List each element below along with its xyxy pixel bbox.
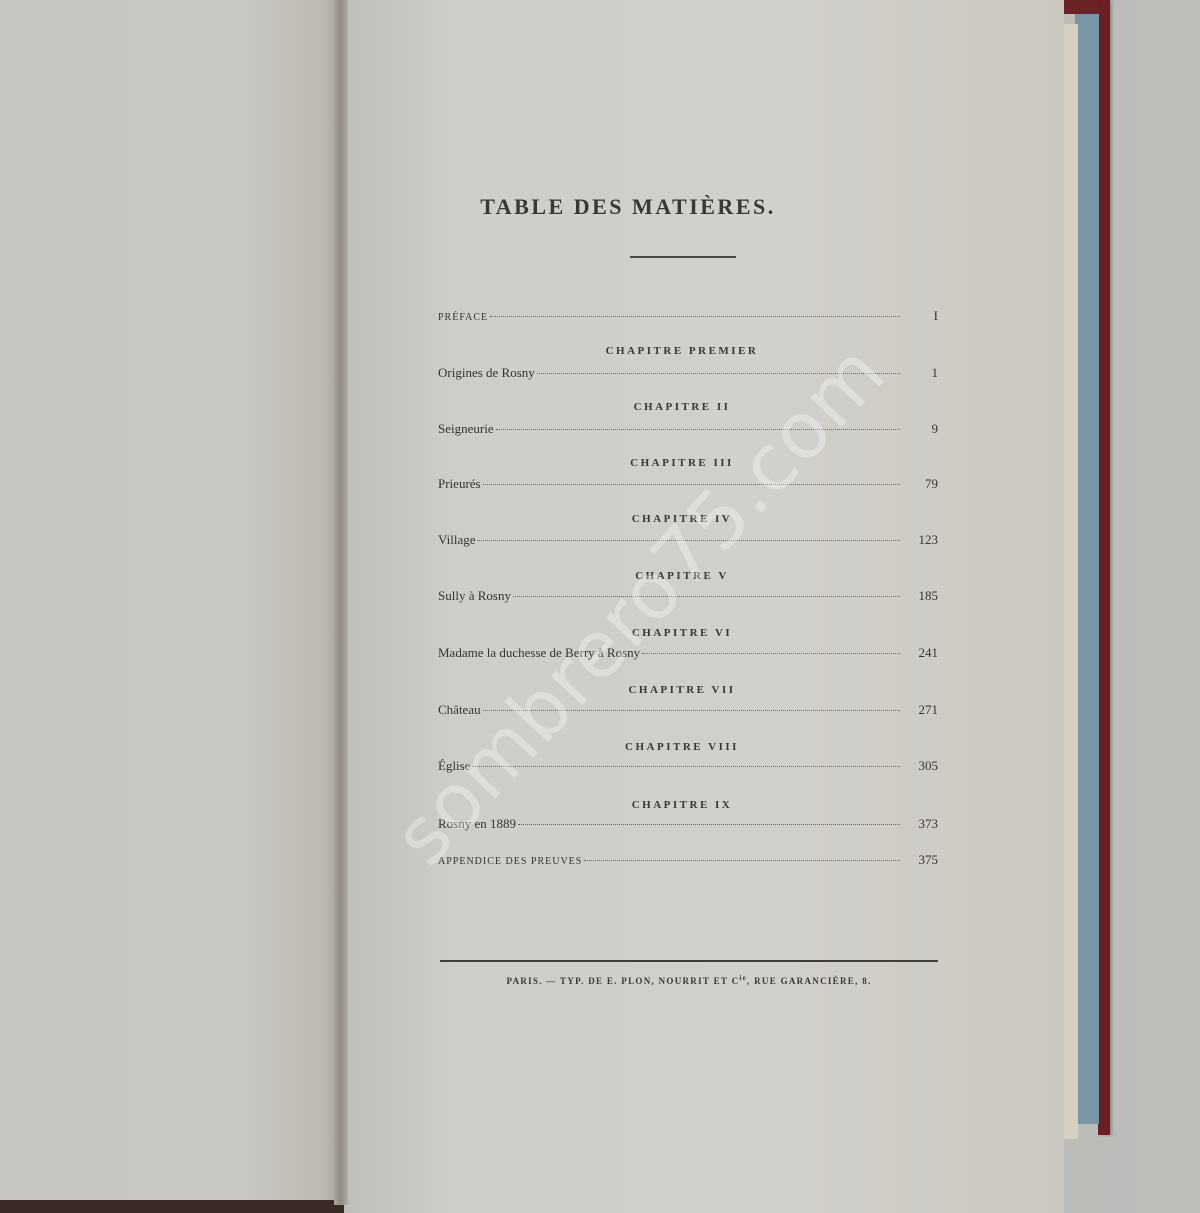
chapter-heading: CHAPITRE VIII bbox=[432, 741, 932, 753]
toc-entry: Sully à Rosny 185 bbox=[438, 588, 938, 608]
entry-label: Seigneurie bbox=[438, 421, 494, 437]
entry-page: 9 bbox=[914, 421, 938, 437]
chapter-heading: CHAPITRE III bbox=[432, 457, 932, 469]
chapter-heading: CHAPITRE VII bbox=[432, 684, 932, 696]
entry-page: 123 bbox=[914, 532, 938, 548]
chapter-heading: CHAPITRE VI bbox=[432, 627, 932, 639]
entry-page: 271 bbox=[914, 702, 938, 718]
dot-leader bbox=[537, 373, 900, 374]
colophon-sup: ie bbox=[739, 974, 747, 982]
page-title: TABLE DES MATIÈRES. bbox=[378, 194, 878, 220]
printer-colophon: Paris. — Typ. de E. Plon, Nourrit et Cie… bbox=[440, 974, 938, 986]
chapter-heading: CHAPITRE PREMIER bbox=[432, 345, 932, 357]
dot-leader bbox=[483, 484, 900, 485]
entry-page: 375 bbox=[914, 852, 938, 868]
dot-leader bbox=[642, 653, 900, 654]
entry-page: 373 bbox=[914, 816, 938, 832]
toc-entry: Village 123 bbox=[438, 532, 938, 552]
entry-label: Prieurés bbox=[438, 476, 481, 492]
toc-entry: Château 271 bbox=[438, 702, 938, 722]
dot-leader bbox=[584, 860, 900, 861]
entry-page: 241 bbox=[914, 645, 938, 661]
colophon-suffix: , rue Garancière, 8. bbox=[747, 976, 872, 986]
colophon-prefix: Paris. — Typ. de E. Plon, Nourrit et C bbox=[506, 976, 739, 986]
entry-label: Rosny en 1889 bbox=[438, 816, 516, 832]
toc-entry: Origines de Rosny 1 bbox=[438, 365, 938, 385]
entry-label: Village bbox=[438, 532, 475, 548]
chapter-heading: CHAPITRE IV bbox=[432, 513, 932, 525]
toc-entry: Prieurés 79 bbox=[438, 476, 938, 496]
left-page-blank bbox=[0, 0, 340, 1200]
entry-page: I bbox=[914, 308, 938, 324]
entry-label: Appendice des preuves bbox=[438, 856, 582, 867]
entry-label: Madame la duchesse de Berry à Rosny bbox=[438, 645, 640, 661]
title-rule bbox=[630, 256, 736, 258]
dot-leader bbox=[490, 316, 900, 317]
dot-leader bbox=[477, 540, 900, 541]
entry-page: 185 bbox=[914, 588, 938, 604]
dot-leader bbox=[513, 596, 900, 597]
toc-entry: Église 305 bbox=[438, 758, 938, 778]
chapter-heading: CHAPITRE IX bbox=[432, 799, 932, 811]
toc-entry-preface: Préface I bbox=[438, 308, 938, 328]
entry-page: 305 bbox=[914, 758, 938, 774]
chapter-heading: CHAPITRE V bbox=[432, 570, 932, 582]
blue-endpaper bbox=[1075, 14, 1099, 1124]
toc-entry: Rosny en 1889 373 bbox=[438, 816, 938, 836]
entry-label: Château bbox=[438, 702, 481, 718]
entry-label: Église bbox=[438, 758, 471, 774]
entry-page: 1 bbox=[914, 365, 938, 381]
entry-page: 79 bbox=[914, 476, 938, 492]
toc-entry-appendix: Appendice des preuves 375 bbox=[438, 852, 938, 872]
book-gutter bbox=[334, 0, 348, 1205]
entry-label: Préface bbox=[438, 312, 488, 323]
toc-entry: Seigneurie 9 bbox=[438, 421, 938, 441]
dot-leader bbox=[473, 766, 901, 767]
entry-label: Sully à Rosny bbox=[438, 588, 511, 604]
dot-leader bbox=[518, 824, 900, 825]
chapter-heading: CHAPITRE II bbox=[432, 401, 932, 413]
dot-leader bbox=[496, 429, 900, 430]
entry-label: Origines de Rosny bbox=[438, 365, 535, 381]
toc-entry: Madame la duchesse de Berry à Rosny 241 bbox=[438, 645, 938, 665]
book-cover-right-edge bbox=[1098, 0, 1110, 1135]
dot-leader bbox=[483, 710, 900, 711]
footer-rule bbox=[440, 960, 938, 962]
book-bottom-shadow bbox=[0, 1198, 360, 1213]
